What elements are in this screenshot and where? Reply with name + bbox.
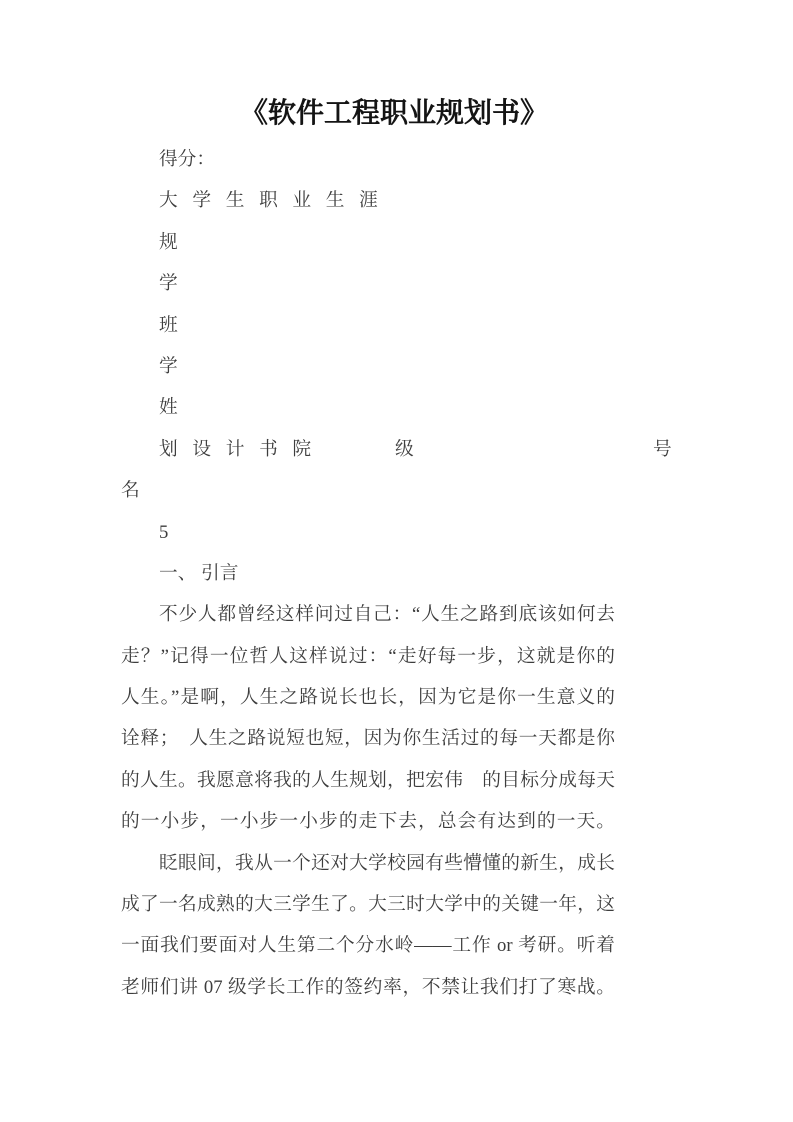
text-line: 大 学 生 职 业 生 涯 — [121, 180, 615, 221]
text-line: 规 — [121, 222, 615, 263]
text-line: 班 — [121, 305, 615, 346]
text-line: 一、 引言 — [121, 553, 615, 594]
text-line: 人生。”是啊，人生之路说长也长，因为它是你一生意义的 — [121, 677, 615, 718]
text-line: 一面我们要面对人生第二个分水岭——工作 or 考研。听着 — [121, 925, 615, 966]
text-line: 名 — [121, 470, 615, 511]
text-line: 不少人都曾经这样问过自己：“人生之路到底该如何去 — [121, 594, 615, 635]
text-line: 姓 — [121, 387, 615, 428]
document-title: 《软件工程职业规划书》 — [121, 94, 615, 132]
text-line: 得分： — [121, 139, 615, 180]
text-line: 的人生。我愿意将我的人生规划，把宏伟 的目标分成每天 — [121, 760, 615, 801]
text-line: 眨眼间，我从一个还对大学校园有些懵懂的新生，成长 — [121, 843, 615, 884]
text-line: 老师们讲 07 级学长工作的签约率，不禁让我们打了寒战。 — [121, 967, 615, 1008]
document-body: 得分：大 学 生 职 业 生 涯规学班学姓划 设 计 书 院级号名5一、 引言不… — [121, 139, 615, 1008]
document-page: 《软件工程职业规划书》 得分：大 学 生 职 业 生 涯规学班学姓划 设 计 书… — [0, 0, 793, 1122]
text-line: 学 — [121, 346, 615, 387]
text-line: 走？”记得一位哲人这样说过：“走好每一步，这就是你的 — [121, 636, 615, 677]
text-segment: 级 — [395, 429, 414, 470]
text-line: 成了一名成熟的大三学生了。大三时大学中的关键一年，这 — [121, 884, 615, 925]
text-line: 5 — [121, 512, 615, 553]
text-line: 学 — [121, 263, 615, 304]
text-line: 划 设 计 书 院级号 — [121, 429, 615, 470]
text-segment: 号 — [653, 429, 672, 470]
text-segment: 划 设 计 书 院 — [159, 429, 311, 470]
text-line: 诠释； 人生之路说短也短，因为你生活过的每一天都是你 — [121, 718, 615, 759]
text-line: 的一小步，一小步一小步的走下去，总会有达到的一天。 — [121, 801, 615, 842]
